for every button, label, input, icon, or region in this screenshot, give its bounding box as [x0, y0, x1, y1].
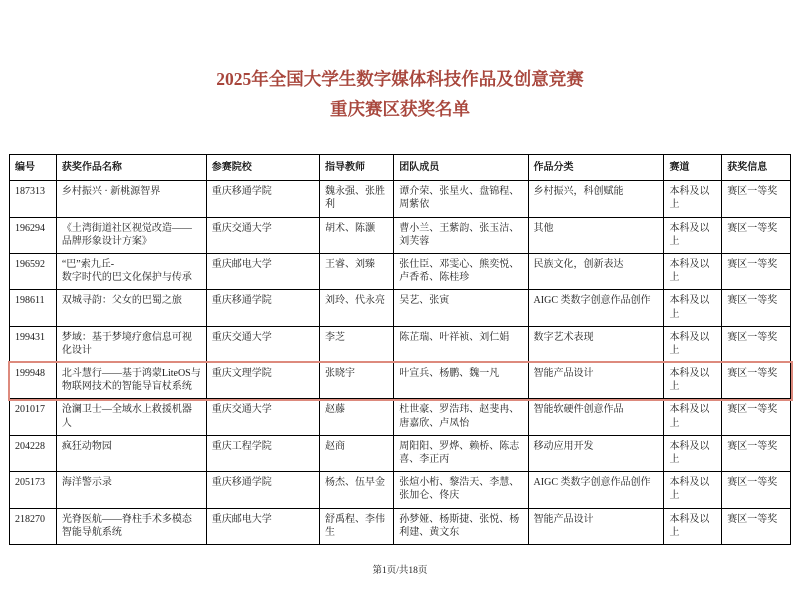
cell-track: 本科及以上: [664, 253, 722, 289]
cell-track: 本科及以上: [664, 181, 722, 217]
cell-track: 本科及以上: [664, 363, 722, 399]
cell-work: “巴”索九丘- 数字时代的巴文化保护与传承: [56, 253, 206, 289]
table-row: 196294《土湾街道社区视觉改造——品牌形象设计方案》重庆交通大学胡术、陈灏曹…: [10, 217, 791, 253]
column-header: 获奖信息: [722, 155, 791, 181]
cell-work: 《土湾街道社区视觉改造——品牌形象设计方案》: [56, 217, 206, 253]
cell-id: 201017: [10, 399, 57, 435]
cell-award: 赛区一等奖: [722, 363, 791, 399]
table-row: 198611双城寻韵：父女的巴蜀之旅重庆移通学院刘玲、代永亮吴艺、张寅AIGC …: [10, 290, 791, 326]
table-row: 218270光脊医航——脊柱手术多模态智能导航系统重庆邮电大学舒禹程、李伟生孙梦…: [10, 508, 791, 544]
table-row: 204228疯狂动物园重庆工程学院赵商周阳阳、罗烨、赖桥、陈志喜、李正丙移动应用…: [10, 435, 791, 471]
cell-teachers: 李芝: [320, 326, 394, 362]
column-header: 作品分类: [528, 155, 664, 181]
cell-award: 赛区一等奖: [722, 508, 791, 544]
cell-track: 本科及以上: [664, 399, 722, 435]
column-header: 团队成员: [394, 155, 528, 181]
column-header: 参赛院校: [206, 155, 319, 181]
cell-id: 187313: [10, 181, 57, 217]
cell-school: 重庆文理学院: [206, 363, 319, 399]
cell-members: 陈芷瑞、叶祥祯、刘仁娟: [394, 326, 528, 362]
cell-award: 赛区一等奖: [722, 399, 791, 435]
cell-track: 本科及以上: [664, 290, 722, 326]
cell-members: 吴艺、张寅: [394, 290, 528, 326]
column-header: 编号: [10, 155, 57, 181]
cell-work: 北斗慧行——基于鸿蒙LiteOS与物联网技术的智能导盲杖系统: [56, 363, 206, 399]
cell-work: 乡村振兴 · 新桃源智界: [56, 181, 206, 217]
cell-work: 海洋警示录: [56, 472, 206, 508]
cell-work: 疯狂动物园: [56, 435, 206, 471]
cell-teachers: 赵藤: [320, 399, 394, 435]
cell-members: 张煊小桁、黎浩天、李慧、张加仑、佟庆: [394, 472, 528, 508]
cell-school: 重庆移通学院: [206, 181, 319, 217]
title-line-1: 2025年全国大学生数字媒体科技作品及创意竞赛: [0, 64, 800, 94]
cell-award: 赛区一等奖: [722, 326, 791, 362]
table-body: 187313乡村振兴 · 新桃源智界重庆移通学院魏永强、张胜利谭介荣、张星火、盘…: [10, 181, 791, 545]
cell-school: 重庆交通大学: [206, 326, 319, 362]
title-line-2: 重庆赛区获奖名单: [0, 94, 800, 124]
page-title: 2025年全国大学生数字媒体科技作品及创意竞赛 重庆赛区获奖名单: [0, 64, 800, 124]
cell-track: 本科及以上: [664, 326, 722, 362]
cell-category: 智能产品设计: [528, 363, 664, 399]
table-row-highlighted: 199948北斗慧行——基于鸿蒙LiteOS与物联网技术的智能导盲杖系统重庆文理…: [10, 363, 791, 399]
cell-work: 光脊医航——脊柱手术多模态智能导航系统: [56, 508, 206, 544]
cell-category: AIGC 类数字创意作品创作: [528, 290, 664, 326]
cell-award: 赛区一等奖: [722, 181, 791, 217]
cell-members: 张仕臣、邓雯心、熊奕悦、卢香希、陈桂珍: [394, 253, 528, 289]
cell-school: 重庆交通大学: [206, 399, 319, 435]
cell-teachers: 舒禹程、李伟生: [320, 508, 394, 544]
cell-track: 本科及以上: [664, 472, 722, 508]
cell-members: 谭介荣、张星火、盘锦程、周紫依: [394, 181, 528, 217]
cell-category: 乡村振兴，科创赋能: [528, 181, 664, 217]
cell-teachers: 魏永强、张胜利: [320, 181, 394, 217]
cell-category: 数字艺术表现: [528, 326, 664, 362]
table-row: 201017沧澜卫士—全域水上救援机器人重庆交通大学赵藤杜世豪、罗浩玮、赵斐冉、…: [10, 399, 791, 435]
column-header: 赛道: [664, 155, 722, 181]
cell-teachers: 杨杰、伍早金: [320, 472, 394, 508]
cell-school: 重庆工程学院: [206, 435, 319, 471]
cell-category: 其他: [528, 217, 664, 253]
cell-id: 204228: [10, 435, 57, 471]
table-row: 199431梦域：基于梦境疗愈信息可视化设计重庆交通大学李芝陈芷瑞、叶祥祯、刘仁…: [10, 326, 791, 362]
cell-award: 赛区一等奖: [722, 290, 791, 326]
cell-teachers: 王睿、刘臻: [320, 253, 394, 289]
cell-work: 梦域：基于梦境疗愈信息可视化设计: [56, 326, 206, 362]
cell-members: 杜世豪、罗浩玮、赵斐冉、唐嘉欣、卢凤怡: [394, 399, 528, 435]
cell-id: 199948: [10, 363, 57, 399]
table-row: 187313乡村振兴 · 新桃源智界重庆移通学院魏永强、张胜利谭介荣、张星火、盘…: [10, 181, 791, 217]
column-header: 获奖作品名称: [56, 155, 206, 181]
table-row: 205173海洋警示录重庆移通学院杨杰、伍早金张煊小桁、黎浩天、李慧、张加仑、佟…: [10, 472, 791, 508]
table-header-row: 编号获奖作品名称参赛院校指导教师团队成员作品分类赛道获奖信息: [10, 155, 791, 181]
awards-table: 编号获奖作品名称参赛院校指导教师团队成员作品分类赛道获奖信息 187313乡村振…: [9, 154, 791, 545]
cell-members: 曹小兰、王紫韵、张玉洁、刘芙蓉: [394, 217, 528, 253]
cell-category: 智能产品设计: [528, 508, 664, 544]
cell-id: 199431: [10, 326, 57, 362]
cell-teachers: 张晓宇: [320, 363, 394, 399]
cell-category: 移动应用开发: [528, 435, 664, 471]
cell-category: 智能软硬件创意作品: [528, 399, 664, 435]
cell-id: 196294: [10, 217, 57, 253]
cell-members: 叶宣兵、杨鹏、魏一凡: [394, 363, 528, 399]
cell-award: 赛区一等奖: [722, 435, 791, 471]
cell-id: 205173: [10, 472, 57, 508]
cell-school: 重庆邮电大学: [206, 253, 319, 289]
cell-members: 孙梦娅、杨斯捷、张悦、杨利建、黄文东: [394, 508, 528, 544]
table-row: 196592“巴”索九丘- 数字时代的巴文化保护与传承重庆邮电大学王睿、刘臻张仕…: [10, 253, 791, 289]
cell-id: 196592: [10, 253, 57, 289]
cell-track: 本科及以上: [664, 217, 722, 253]
document-page: 2025年全国大学生数字媒体科技作品及创意竞赛 重庆赛区获奖名单 编号获奖作品名…: [0, 0, 800, 600]
cell-id: 218270: [10, 508, 57, 544]
cell-category: AIGC 类数字创意作品创作: [528, 472, 664, 508]
cell-work: 沧澜卫士—全域水上救援机器人: [56, 399, 206, 435]
cell-school: 重庆邮电大学: [206, 508, 319, 544]
cell-work: 双城寻韵：父女的巴蜀之旅: [56, 290, 206, 326]
cell-school: 重庆交通大学: [206, 217, 319, 253]
cell-teachers: 赵商: [320, 435, 394, 471]
cell-teachers: 胡术、陈灏: [320, 217, 394, 253]
cell-school: 重庆移通学院: [206, 472, 319, 508]
cell-id: 198611: [10, 290, 57, 326]
cell-school: 重庆移通学院: [206, 290, 319, 326]
cell-award: 赛区一等奖: [722, 253, 791, 289]
cell-award: 赛区一等奖: [722, 472, 791, 508]
cell-track: 本科及以上: [664, 435, 722, 471]
page-number: 第1页/共18页: [0, 562, 800, 576]
column-header: 指导教师: [320, 155, 394, 181]
cell-category: 民族文化，创新表达: [528, 253, 664, 289]
cell-teachers: 刘玲、代永亮: [320, 290, 394, 326]
cell-track: 本科及以上: [664, 508, 722, 544]
cell-members: 周阳阳、罗烨、赖桥、陈志喜、李正丙: [394, 435, 528, 471]
cell-award: 赛区一等奖: [722, 217, 791, 253]
